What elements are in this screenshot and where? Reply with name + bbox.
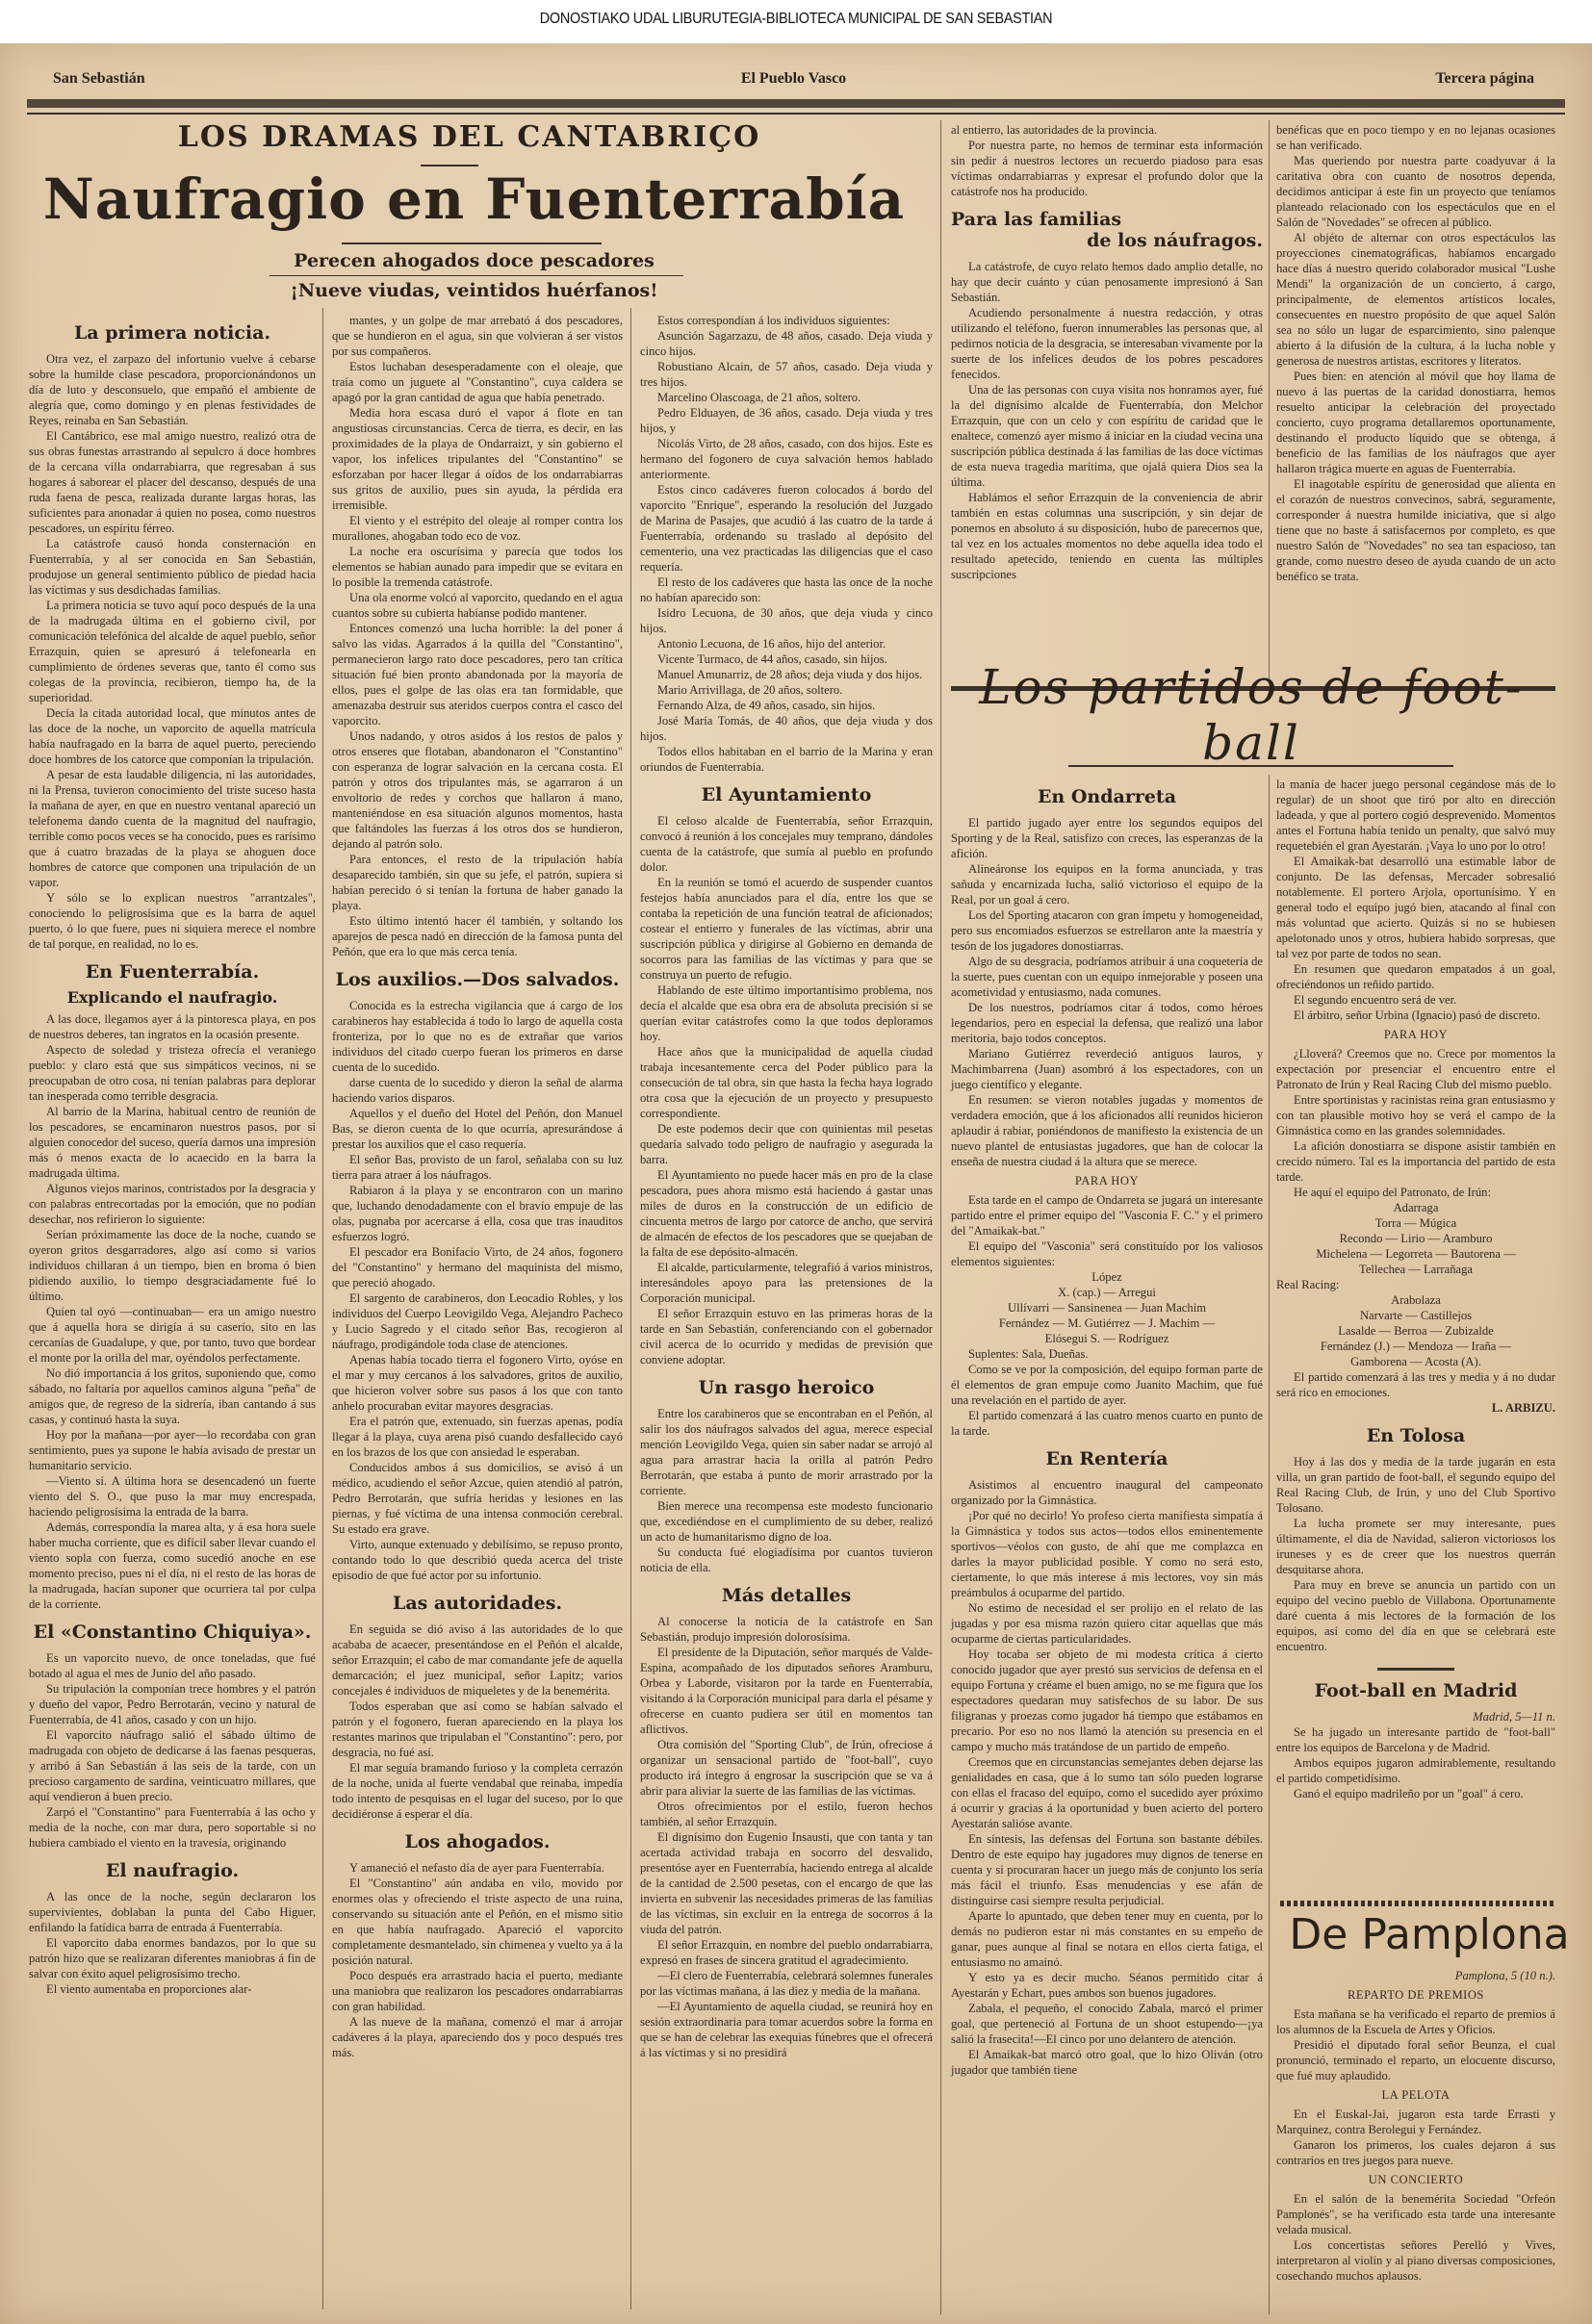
dateline-place: Madrid <box>1473 1710 1509 1724</box>
paragraph: El mar seguía bramando furioso y la comp… <box>332 1760 623 1822</box>
paragraph: La afición donostiarra se dispone asisti… <box>1276 1138 1555 1185</box>
lineup-row: Ullívarri — Sansinenea — Juan Machim <box>951 1300 1263 1315</box>
masthead-rule-thin <box>27 113 1565 115</box>
paragraph: Esto último intentó hacer él también, y … <box>332 913 623 959</box>
paragraph: Era el patrón que, extenuado, sin fuerza… <box>332 1414 623 1460</box>
paragraph: Zarpó el "Constantino" para Fuenterrabía… <box>29 1804 316 1851</box>
paragraph: El vaporcito náufrago salió el sábado úl… <box>29 1727 316 1804</box>
paragraph: Para muy en breve se anuncia un partido … <box>1276 1577 1555 1654</box>
section-heading: Más detalles <box>640 1585 933 1606</box>
paragraph: Creemos que en circunstancias semejantes… <box>951 1754 1263 1831</box>
paragraph: El sargento de carabineros, don Leocadio… <box>332 1290 623 1352</box>
paragraph: Manuel Amunarriz, de 28 años; deja viuda… <box>640 667 933 682</box>
paragraph: Al objéto de alternar con otros espectác… <box>1276 230 1555 369</box>
paragraph: Otra vez, el zarpazo del infortunio vuel… <box>29 351 316 428</box>
paragraph: Aparte lo apuntado, que deben tener muy … <box>951 1908 1263 1970</box>
lineup-row: Lasalde — Berroa — Zubizalde <box>1276 1323 1555 1339</box>
section-heading: El naufragio. <box>29 1860 316 1881</box>
paragraph: Entre los carabineros que se encontraban… <box>640 1406 933 1498</box>
paragraph: En resumen: se vieron notables jugadas y… <box>951 1092 1263 1169</box>
paragraph: Pedro Elduayen, de 36 años, casado. Deja… <box>640 405 933 436</box>
paragraph: Y esto ya es decir mucho. Séanos permiti… <box>951 1970 1263 2001</box>
paragraph: Hace años que la municipalidad de aquell… <box>640 1044 933 1121</box>
paragraph: Ganaron los primeros, los cuales dejaron… <box>1276 2137 1555 2168</box>
lineup-row: Adarraga <box>1276 1200 1555 1215</box>
section-rule <box>1377 1668 1454 1671</box>
paragraph: mantes, y un golpe de mar arrebató á dos… <box>332 313 623 359</box>
paragraph: El Amaikak-bat desarrolló una estimable … <box>1276 854 1555 961</box>
section-heading: Para las familiasde los náufragos. <box>951 209 1263 251</box>
paragraph: Apenas había tocado tierra el fogonero V… <box>332 1352 623 1414</box>
masthead-rule <box>27 99 1565 108</box>
paragraph: Presidió el diputado foral señor Beunza,… <box>1276 2037 1555 2083</box>
paragraph: Unos nadando, y otros asidos á los resto… <box>332 728 623 852</box>
paragraph: En síntesis, las defensas del Fortuna so… <box>951 1831 1263 1908</box>
paragraph: Todos ellos habitaban en el barrio de la… <box>640 744 933 775</box>
lineup-row: Narvarte — Castillejos <box>1276 1308 1555 1323</box>
subhead-caps: UN CONCIERTO <box>1276 2172 1555 2187</box>
section-heading: El «Constantino Chiquiya». <box>29 1622 316 1643</box>
paragraph: Asistimos al encuentro inaugural del cam… <box>951 1477 1263 1508</box>
paragraph: Otros ofrecimientos por el estilo, fuero… <box>640 1799 933 1829</box>
paragraph: Vicente Turmaco, de 44 años, casado, sin… <box>640 651 933 667</box>
paragraph: Mas queriendo por nuestra parte coadyuva… <box>1276 153 1555 230</box>
paragraph: El árbitro, señor Urbina (Ignacio) pasó … <box>1276 1008 1555 1023</box>
pamplona-section-title: De Pamplona <box>1285 1910 1574 1959</box>
paragraph: Mariano Gutiérrez reverdeció antiguos la… <box>951 1046 1263 1092</box>
paragraph: El señor Errazquin estuvo en las primera… <box>640 1306 933 1367</box>
paragraph: Esta tarde en el campo de Ondarreta se j… <box>951 1192 1263 1239</box>
section-heading: En Rentería <box>951 1448 1263 1469</box>
paragraph: Aquellos y el dueño del Hotel del Peñón,… <box>332 1106 623 1152</box>
dateline: Madrid, 5—11 n. <box>1276 1709 1555 1724</box>
paragraph: Y sólo se lo explican nuestros "arrantza… <box>29 890 316 952</box>
paragraph: El vaporcito daba enormes bandazos, por … <box>29 1935 316 1981</box>
paragraph: Al barrio de la Marina, habitual centro … <box>29 1104 316 1181</box>
lineup-row: Arabolaza <box>1276 1292 1555 1308</box>
paragraph: Para entonces, el resto de la tripulació… <box>332 852 623 913</box>
paragraph: En seguida se dió aviso á las autoridade… <box>332 1622 623 1698</box>
story-kicker: LOS DRAMAS DEL CANTABRIÇO <box>0 120 938 154</box>
paragraph: El viento y el estrépito del oleaje al r… <box>332 513 623 544</box>
paragraph: La catástrofe causó honda consternación … <box>29 536 316 598</box>
column-3: Estos correspondían á los individuos sig… <box>640 313 933 2060</box>
paragraph: No dió importancia á los gritos, suponie… <box>29 1366 316 1427</box>
column-rule <box>1269 775 1270 2314</box>
paragraph: Una de las personas con cuya visita nos … <box>951 382 1263 490</box>
paragraph: En el salón de la benemérita Sociedad "O… <box>1276 2191 1555 2237</box>
paragraph: Alineáronse los equipos en la forma anun… <box>951 861 1263 907</box>
pamplona-column: Pamplona, 5 (10 n.).REPARTO DE PREMIOSEs… <box>1276 1968 1555 2284</box>
paragraph: El partido comenzará á las tres y media … <box>1276 1369 1555 1400</box>
paragraph: El dignísimo don Eugenio Insausti, que c… <box>640 1829 933 1937</box>
paragraph: Su conducta fué elogiadísima por cuantos… <box>640 1545 933 1575</box>
paragraph: El Ayuntamiento no puede hacer más en pr… <box>640 1167 933 1260</box>
paragraph: El Cantábrico, ese mal amigo nuestro, re… <box>29 428 316 536</box>
byline: L. ARBIZU. <box>1276 1400 1555 1416</box>
lineup-row: Tellechea — Larrañaga <box>1276 1262 1555 1277</box>
masthead-title: El Pueblo Vasco <box>53 70 1534 88</box>
paragraph: Real Racing: <box>1276 1277 1555 1292</box>
paragraph: A pesar de esta laudable diligencia, ni … <box>29 767 316 890</box>
paragraph: El alcalde, particularmente, telegrafió … <box>640 1260 933 1306</box>
paragraph: El Amaikak-bat marcó otro goal, que lo h… <box>951 2047 1263 2078</box>
paragraph: Nicolás Virto, de 28 años, casado, con d… <box>640 436 933 482</box>
subhead-caps: PARA HOY <box>951 1173 1263 1188</box>
paragraph: A las once de la noche, según declararon… <box>29 1889 316 1935</box>
ornament-rule <box>342 243 602 244</box>
paragraph: Entre sportinistas y racinistas reina gr… <box>1276 1092 1555 1138</box>
paragraph: El segundo encuentro será de ver. <box>1276 992 1555 1008</box>
paragraph: El equipo del "Vasconia" será constituíd… <box>951 1239 1263 1269</box>
story-deck-1: Perecen ahogados doce pescadores <box>0 250 948 271</box>
paragraph: Hablando de este último importantísimo p… <box>640 983 933 1044</box>
paragraph: Estos luchaban desesperadamente con el o… <box>332 359 623 405</box>
paragraph: El celoso alcalde de Fuenterrabía, señor… <box>640 813 933 875</box>
lineup-row: Torra — Múgica <box>1276 1215 1555 1231</box>
football-column-1: En OndarretaEl partido jugado ayer entre… <box>951 777 1263 2078</box>
paragraph: Ambos equipos jugaron admirablemente, re… <box>1276 1755 1555 1786</box>
paragraph: He aquí el equipo del Patronato, de Irún… <box>1276 1185 1555 1200</box>
paragraph: Algo de su desgracia, podríamos atribuir… <box>951 954 1263 1000</box>
paragraph: Aspecto de soledad y tristeza ofrecía el… <box>29 1042 316 1104</box>
paragraph: benéficas que en poco tiempo y en no lej… <box>1276 122 1555 153</box>
paragraph: El señor Errazquin, en nombre del pueblo… <box>640 1937 933 1968</box>
paragraph: Mario Arrivillaga, de 20 años, soltero. <box>640 682 933 698</box>
paragraph: —El Ayuntamiento de aquella ciudad, se r… <box>640 1999 933 2060</box>
lineup-row: López <box>951 1269 1263 1285</box>
paragraph: Hoy tocaba ser objeto de mi modesta crít… <box>951 1647 1263 1754</box>
lineup-row: Recondo — Lirio — Aramburo <box>1276 1231 1555 1246</box>
masthead: San Sebastián El Pueblo Vasco Tercera pá… <box>53 70 1534 95</box>
paragraph: ¡Por qué no decirlo! Yo profeso cierta m… <box>951 1508 1263 1600</box>
subhead-caps: LA PELOTA <box>1276 2087 1555 2103</box>
subheading: Explicando el naufragio. <box>29 990 316 1006</box>
lineup-row: X. (cap.) — Arregui <box>951 1285 1263 1300</box>
section-heading: En Tolosa <box>1276 1425 1555 1446</box>
paragraph: A las nueve de la mañana, comenzó el mar… <box>332 2014 623 2060</box>
section-heading: Las autoridades. <box>332 1593 623 1614</box>
paragraph: En el Euskal-Jai, jugaron esta tarde Err… <box>1276 2107 1555 2137</box>
paragraph: La catástrofe, de cuyo relato hemos dado… <box>951 259 1263 305</box>
paragraph: El partido jugado ayer entre los segundo… <box>951 815 1263 861</box>
column-rule <box>630 308 631 2310</box>
paragraph: Poco después era arrastrado hacia el pue… <box>332 1968 623 2014</box>
paragraph: El "Constantino" aún andaba en vilo, mov… <box>332 1876 623 1968</box>
paragraph: Hoy por la mañana—por ayer—lo recordaba … <box>29 1427 316 1473</box>
paragraph: Estos correspondían á los individuos sig… <box>640 313 933 328</box>
paragraph: al entierro, las autoridades de la provi… <box>951 122 1263 138</box>
paragraph: —El clero de Fuenterrabía, celebrará sol… <box>640 1968 933 1999</box>
column-2: mantes, y un golpe de mar arrebató á dos… <box>332 313 623 2060</box>
paragraph: El pescador era Bonifacio Virto, de 24 a… <box>332 1244 623 1290</box>
paragraph: Bien merece una recompensa este modesto … <box>640 1498 933 1545</box>
subhead-caps: REPARTO DE PREMIOS <box>1276 1987 1555 2003</box>
paragraph: El partido comenzará á las cuatro menos … <box>951 1408 1263 1439</box>
column-4-top: al entierro, las autoridades de la provi… <box>951 122 1263 582</box>
column-1: La primera noticia.Otra vez, el zarpazo … <box>29 313 316 1997</box>
paragraph: En resumen que quedaron empatados á un g… <box>1276 961 1555 992</box>
newspaper-page: San Sebastián El Pueblo Vasco Tercera pá… <box>0 43 1592 2324</box>
paragraph: —Viento sí. A última hora se desencadenó… <box>29 1473 316 1520</box>
section-rule <box>1280 1901 1554 1906</box>
lineup-row: Elósegui S. — Rodríguez <box>951 1331 1263 1346</box>
paragraph: El inagotable espíritu de generosidad qu… <box>1276 476 1555 584</box>
paragraph: De este podemos decir que con quinientas… <box>640 1121 933 1167</box>
column-rule <box>940 120 941 2314</box>
paragraph: Virto, aunque extenuado y debilísimo, se… <box>332 1537 623 1583</box>
paragraph: Quien tal oyó —continuaban— era un amigo… <box>29 1304 316 1366</box>
masthead-page: Tercera página <box>1435 70 1534 88</box>
paragraph: Algunos viejos marinos, contristados por… <box>29 1181 316 1227</box>
column-5-top: benéficas que en poco tiempo y en no lej… <box>1276 122 1555 584</box>
paragraph: Esta mañana se ha verificado el reparto … <box>1276 2006 1555 2037</box>
paragraph: Los del Sporting atacaron con gran ímpet… <box>951 907 1263 954</box>
paragraph: Acudiendo personalmente á nuestra redacc… <box>951 305 1263 382</box>
section-heading: En Fuenterrabía. <box>29 961 316 983</box>
paragraph: Al conocerse la noticia de la catástrofe… <box>640 1614 933 1645</box>
paragraph: El viento aumentaba en proporciones alar… <box>29 1981 316 1997</box>
paragraph: la manía de hacer juego personal cegándo… <box>1276 777 1555 854</box>
paragraph: Los concertistas señores Perelló y Vives… <box>1276 2237 1555 2284</box>
paragraph: Marcelino Olascoaga, de 21 años, soltero… <box>640 390 933 405</box>
paragraph: Hoy á las dos y media de la tarde jugará… <box>1276 1454 1555 1516</box>
deck-divider <box>270 275 683 276</box>
section-heading: Los ahogados. <box>332 1831 623 1852</box>
paragraph: Una ola enorme volcó al vaporcito, queda… <box>332 590 623 621</box>
paragraph: Estos cinco cadáveres fueron colocados á… <box>640 482 933 575</box>
paragraph: Por nuestra parte, no hemos de terminar … <box>951 138 1263 199</box>
paragraph: Conocida es la estrecha vigilancia que á… <box>332 998 623 1075</box>
paragraph: Suplentes: Sala, Dueñas. <box>951 1346 1263 1362</box>
lineup-row: Michelena — Legorreta — Bautorena — <box>1276 1246 1555 1262</box>
paragraph: Se ha jugado un interesante partido de "… <box>1276 1724 1555 1755</box>
section-heading: En Ondarreta <box>951 786 1263 807</box>
lineup-row: Fernández (J.) — Mendoza — Iraña — <box>1276 1339 1555 1354</box>
section-heading: La primera noticia. <box>29 322 316 344</box>
paragraph: La lucha promete ser muy interesante, pu… <box>1276 1516 1555 1577</box>
paragraph: La primera noticia se tuvo aquí poco des… <box>29 598 316 705</box>
paragraph: Zabala, el pequeño, el conocido Zabala, … <box>951 2001 1263 2047</box>
paragraph: Además, correspondía la marea alta, y á … <box>29 1520 316 1612</box>
story-deck-2: ¡Nueve viudas, veintidos huérfanos! <box>0 280 948 301</box>
paragraph: En la reunión se tomó el acuerdo de susp… <box>640 875 933 983</box>
paragraph: Hablámos el señor Errazquin de la conven… <box>951 490 1263 582</box>
paragraph: El señor Bas, provisto de un farol, seña… <box>332 1152 623 1183</box>
madrid-section-title: Foot-ball en Madrid <box>1276 1680 1555 1701</box>
section-heading: El Ayuntamiento <box>640 784 933 805</box>
lineup-row: Gamborena — Acosta (A). <box>1276 1354 1555 1369</box>
paragraph: Isidro Lecuona, de 30 años, que deja viu… <box>640 605 933 636</box>
paragraph: La noche era oscurísima y parecía que to… <box>332 544 623 590</box>
paragraph: Como se ve por la composición, del equip… <box>951 1362 1263 1408</box>
football-section-title: Los partidos de foot-ball <box>938 659 1564 771</box>
paragraph: darse cuenta de lo sucedido y dieron la … <box>332 1075 623 1106</box>
paragraph: De los nuestros, podríamos citar á todos… <box>951 1000 1263 1046</box>
paragraph: A las doce, llegamos ayer á la pintoresc… <box>29 1011 316 1042</box>
paragraph: Decía la citada autoridad local, que min… <box>29 705 316 767</box>
paragraph: José María Tomás, de 40 años, que deja v… <box>640 713 933 744</box>
paragraph: Antonio Lecuona, de 16 años, hijo del an… <box>640 636 933 651</box>
paragraph: Y amaneció el nefasto día de ayer para F… <box>332 1860 623 1876</box>
paragraph: El resto de los cadáveres que hasta las … <box>640 575 933 605</box>
paragraph: Otra comisión del "Sporting Club", de Ir… <box>640 1737 933 1799</box>
paragraph: Fernando Alza, de 49 años, casado, sin h… <box>640 698 933 713</box>
paragraph: Asunción Sagarzazu, de 48 años, casado. … <box>640 328 933 359</box>
paragraph: ¿Lloverá? Creemos que no. Crece por mome… <box>1276 1046 1555 1092</box>
paragraph: Rabiaron á la playa y se encontraron con… <box>332 1183 623 1244</box>
paragraph: Robustiano Alcain, de 57 años, casado. D… <box>640 359 933 390</box>
story-headline: Naufragio en Fuenterrabía <box>0 166 948 232</box>
column-rule <box>1269 120 1270 678</box>
paragraph: Es un vaporcito nuevo, de once toneladas… <box>29 1650 316 1681</box>
paragraph: Su tripulación la componían trece hombre… <box>29 1681 316 1727</box>
paragraph: Serían próximamente las doce de la noche… <box>29 1227 316 1304</box>
heading-line: Para las familias <box>951 209 1263 230</box>
paragraph: No estimo de necesidad el ser prolijo en… <box>951 1600 1263 1647</box>
paragraph: Entonces comenzó una lucha horrible: la … <box>332 621 623 728</box>
paragraph: Conducidos ambos á sus domicilios, se av… <box>332 1460 623 1537</box>
ornament-rule <box>1068 765 1453 767</box>
heading-line: de los náufragos. <box>951 230 1263 251</box>
paragraph: Pues bien: en atención al móvil que hoy … <box>1276 369 1555 476</box>
column-rule <box>322 308 323 2310</box>
football-column-2: la manía de hacer juego personal cegándo… <box>1276 777 1555 1801</box>
lineup-row: Fernández — M. Gutiérrez — J. Machim — <box>951 1315 1263 1331</box>
paragraph: El presidente de la Diputación, señor ma… <box>640 1645 933 1737</box>
dateline-place: Pamplona <box>1455 1969 1505 1982</box>
subhead-caps: PARA HOY <box>1276 1027 1555 1042</box>
paragraph: Media hora escasa duró el vapor á flote … <box>332 405 623 513</box>
section-heading: Los auxilios.—Dos salvados. <box>332 969 623 990</box>
paragraph: Todos esperaban que así como se habían s… <box>332 1698 623 1760</box>
paragraph: Ganó el equipo madrileño por un "goal" á… <box>1276 1786 1555 1801</box>
dateline: Pamplona, 5 (10 n.). <box>1276 1968 1555 1983</box>
section-heading: Un rasgo heroico <box>640 1377 933 1398</box>
archive-header: DONOSTIAKO UDAL LIBURUTEGIA-BIBLIOTECA M… <box>80 0 1513 40</box>
